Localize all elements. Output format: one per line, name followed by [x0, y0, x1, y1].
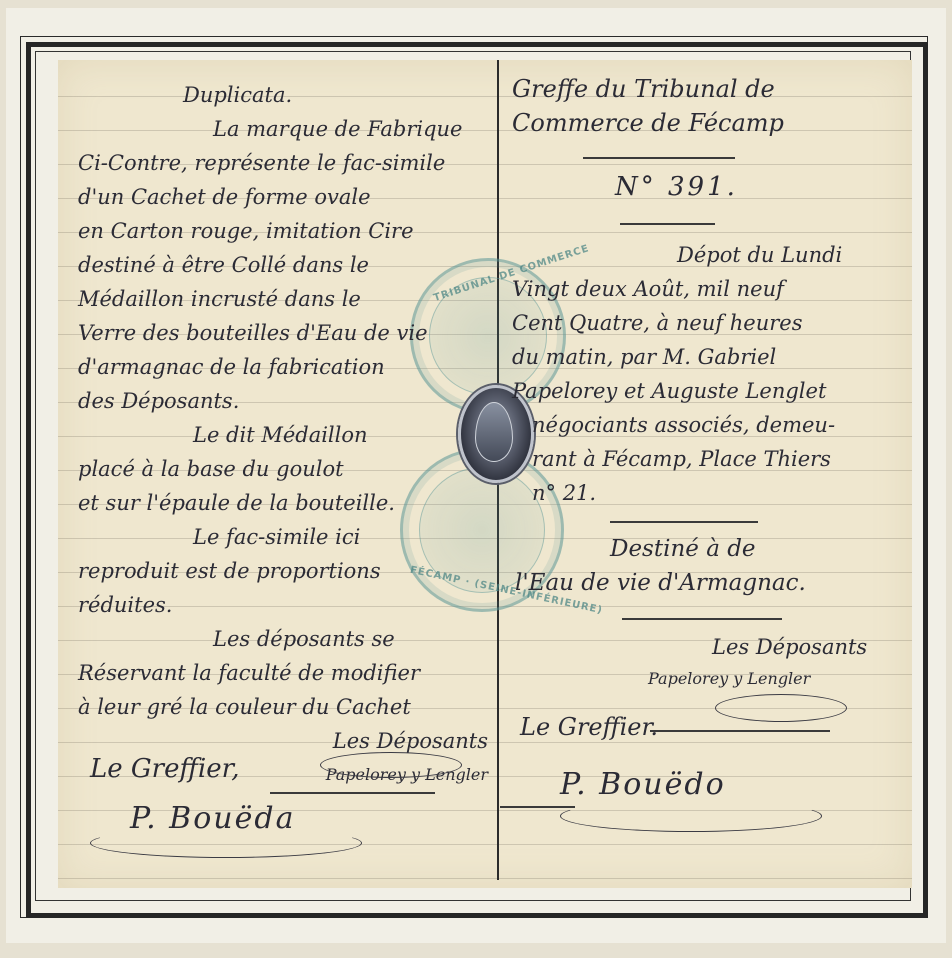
left-line: reproduit est de proportions	[78, 554, 488, 588]
right-deposit-text: Dépot du Lundi Vingt deux Août, mil neuf…	[512, 238, 907, 510]
left-line: Réservant la faculté de modifier	[78, 656, 488, 690]
right-depositors-flourish	[715, 694, 847, 722]
left-line: Ci-Contre, représente le fac-simile	[78, 146, 488, 180]
rule-above-number	[583, 157, 735, 159]
left-clerk-label: Le Greffier,	[90, 752, 239, 786]
left-column: Duplicata. La marque de Fabrique Ci-Cont…	[78, 78, 488, 792]
rule-below-destination	[622, 618, 782, 620]
rule-below-number	[620, 223, 715, 225]
right-depositors-label: Les Déposants	[712, 630, 867, 664]
left-line: Verre des bouteilles d'Eau de vie	[78, 316, 488, 350]
left-line: Médaillon incrusté dans le	[78, 282, 488, 316]
left-line: La marque de Fabrique	[78, 112, 488, 146]
left-depositors-flourish	[320, 752, 462, 778]
left-signature-underline	[270, 792, 435, 794]
right-clerk-label: Le Greffier.	[520, 710, 658, 744]
left-line: Le dit Médaillon	[78, 418, 488, 452]
left-line: destiné à être Collé dans le	[78, 248, 488, 282]
left-line: en Carton rouge, imitation Cire	[78, 214, 488, 248]
right-line: négociants associés, demeu-	[512, 408, 907, 442]
heading-greffe: Greffe du Tribunal de	[512, 72, 907, 106]
left-line: à leur gré la couleur du Cachet	[78, 690, 488, 724]
rule-above-destination	[610, 521, 758, 523]
destination-line-1: Destiné à de	[610, 532, 756, 566]
right-line: Vingt deux Août, mil neuf	[512, 272, 907, 306]
right-line: du matin, par M. Gabriel	[512, 340, 907, 374]
right-depositors-signature: Papelorey y Lengler	[648, 662, 810, 696]
left-line: et sur l'épaule de la bouteille.	[78, 486, 488, 520]
left-line: des Déposants.	[78, 384, 488, 418]
deposit-number: N° 391.	[615, 170, 738, 204]
left-line: placé à la base du goulot	[78, 452, 488, 486]
title-duplicata: Duplicata.	[78, 78, 488, 112]
right-line: Dépot du Lundi	[512, 238, 907, 272]
right-line: Papelorey et Auguste Lenglet	[512, 374, 907, 408]
left-line: d'un Cachet de forme ovale	[78, 180, 488, 214]
left-line: réduites.	[78, 588, 488, 622]
left-line: Le fac-simile ici	[78, 520, 488, 554]
right-clerk-signature: P. Bouëdo	[560, 768, 726, 802]
destination-line-2: l'Eau de vie d'Armagnac.	[515, 566, 806, 600]
left-line: Les déposants se	[78, 622, 488, 656]
right-clerk-underline	[500, 806, 575, 808]
right-line: Cent Quatre, à neuf heures	[512, 306, 907, 340]
right-line: n° 21.	[512, 476, 907, 510]
right-line: rant à Fécamp, Place Thiers	[512, 442, 907, 476]
left-clerk-flourish	[90, 828, 362, 858]
left-line: d'armagnac de la fabrication	[78, 350, 488, 384]
heading-commerce-fecamp: Commerce de Fécamp	[512, 106, 907, 140]
right-clerk-flourish	[560, 800, 822, 832]
right-column: Greffe du Tribunal de Commerce de Fécamp	[512, 72, 907, 140]
right-depositors-underline	[650, 730, 830, 732]
